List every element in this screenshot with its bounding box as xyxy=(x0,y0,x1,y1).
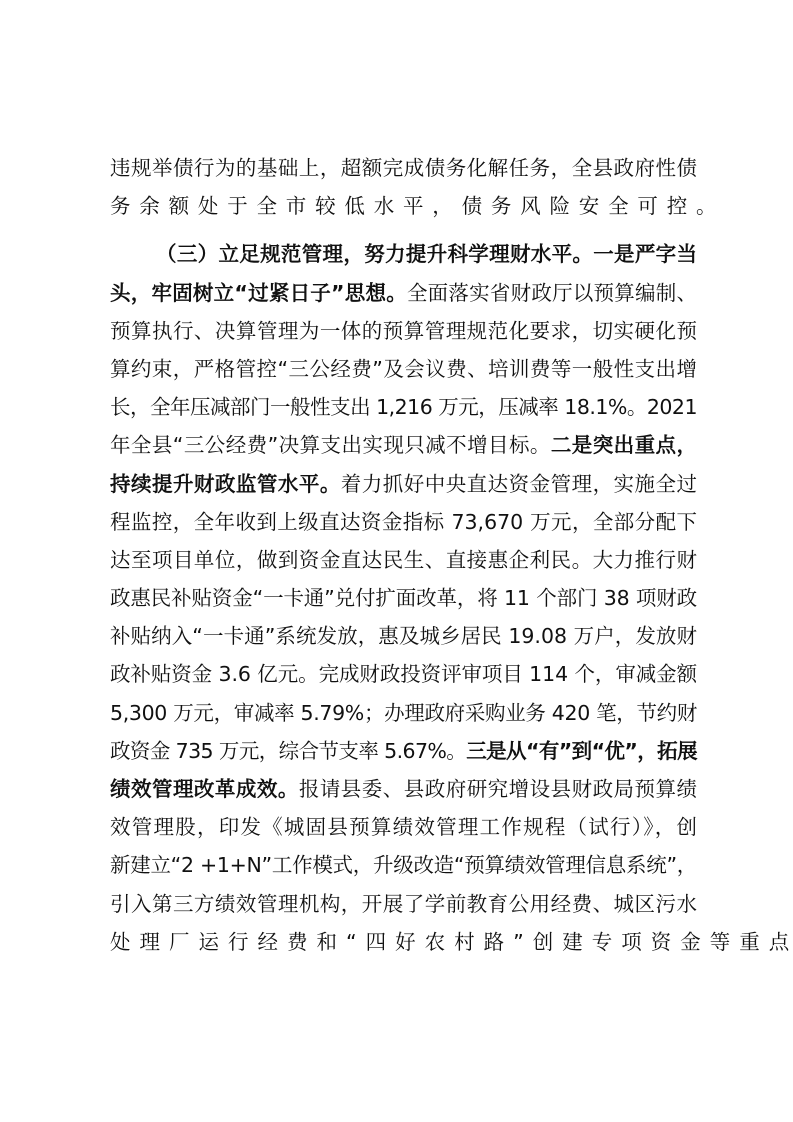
text-line: 绩效管理改革成效。报请县委、县政府研究增设县财政局预算绩 xyxy=(110,770,697,808)
text-line: 务余额处于全市较低水平，债务风险安全可控。 xyxy=(110,187,697,225)
text-segment: 5,300 万元，审减率 5.79%；办理政府采购业务 420 笔，节约财 xyxy=(110,701,697,725)
line-text: 持续提升财政监管水平。着力抓好中央直达资金管理，实施全过 xyxy=(110,472,697,496)
text-segment: 算约束，严格管控“三公经费”及会议费、培训费等一般性支出增 xyxy=(110,357,697,381)
text-segment: 效管理股，印发《城固县预算绩效管理工作规程（试行）》，创 xyxy=(110,815,697,839)
text-segment: 新建立“2 +1+N”工作模式，升级改造“预算绩效管理信息系统”， xyxy=(110,853,697,877)
text-segment: 着力抓好中央直达资金管理，实施全过 xyxy=(341,472,697,496)
text-line: 处理厂运行经费和“四好农村路”创建专项资金等重点绩效评价 xyxy=(110,923,697,961)
line-text: 补贴纳入“一卡通”系统发放，惠及城乡居民 19.08 万户，发放财 xyxy=(110,624,697,648)
text-line: 程监控，全年收到上级直达资金指标 73,670 万元，全部分配下 xyxy=(110,503,697,541)
text-segment: 政惠民补贴资金“一卡通”兑付扩面改革，将 11 个部门 38 项财政 xyxy=(110,586,697,610)
text-segment: 报请县委、县政府研究增设县财政局预算绩 xyxy=(299,777,697,801)
bold-text-segment: 三是从“有”到“优”，拓展 xyxy=(466,739,697,763)
line-text: 长，全年压减部门一般性支出 1,216 万元，压减率 18.1%。2021 xyxy=(110,395,697,419)
text-segment: 务余额处于全市较低水平，债务风险安全可控。 xyxy=(110,194,725,218)
text-segment: 预算执行、决算管理为一体的预算管理规范化要求，切实硬化预 xyxy=(110,319,697,343)
text-line: 5,300 万元，审减率 5.79%；办理政府采购业务 420 笔，节约财 xyxy=(110,694,697,732)
line-text: 务余额处于全市较低水平，债务风险安全可控。 xyxy=(110,194,725,218)
bold-text-segment: （三）立足规范管理，努力提升科学理财水平。一是严字当 xyxy=(156,242,697,266)
line-text: 政补贴资金 3.6 亿元。完成财政投资评审项目 114 个，审减金额 xyxy=(110,662,697,686)
text-segment: 长，全年压减部门一般性支出 1,216 万元，压减率 18.1%。2021 xyxy=(110,395,697,419)
text-line: 政惠民补贴资金“一卡通”兑付扩面改革，将 11 个部门 38 项财政 xyxy=(110,579,697,617)
line-text: 5,300 万元，审减率 5.79%；办理政府采购业务 420 笔，节约财 xyxy=(110,701,697,725)
text-line: 持续提升财政监管水平。着力抓好中央直达资金管理，实施全过 xyxy=(110,465,697,503)
text-line: （三）立足规范管理，努力提升科学理财水平。一是严字当 xyxy=(110,235,697,273)
text-line: 引入第三方绩效管理机构，开展了学前教育公用经费、城区污水 xyxy=(110,885,697,923)
bold-text-segment: 绩效管理改革成效。 xyxy=(110,777,299,801)
line-text: 年全县“三公经费”决算支出实现只减不增目标。二是突出重点， xyxy=(110,433,697,457)
line-text: 算约束，严格管控“三公经费”及会议费、培训费等一般性支出增 xyxy=(110,357,697,381)
bold-text-segment: 头，牢固树立“过紧日子”思想。 xyxy=(110,281,407,305)
document-body: 违规举债行为的基础上，超额完成债务化解任务，全县政府性债务余额处于全市较低水平，… xyxy=(110,149,697,961)
text-line: 算约束，严格管控“三公经费”及会议费、培训费等一般性支出增 xyxy=(110,350,697,388)
line-text: 违规举债行为的基础上，超额完成债务化解任务，全县政府性债 xyxy=(110,156,697,180)
text-line: 长，全年压减部门一般性支出 1,216 万元，压减率 18.1%。2021 xyxy=(110,388,697,426)
line-text: 头，牢固树立“过紧日子”思想。全面落实省财政厅以预算编制、 xyxy=(110,281,697,305)
text-line: 政补贴资金 3.6 亿元。完成财政投资评审项目 114 个，审减金额 xyxy=(110,655,697,693)
text-segment: 达至项目单位，做到资金直达民生、直接惠企利民。大力推行财 xyxy=(110,548,697,572)
line-text: （三）立足规范管理，努力提升科学理财水平。一是严字当 xyxy=(156,242,697,266)
text-segment: 引入第三方绩效管理机构，开展了学前教育公用经费、城区污水 xyxy=(110,892,697,916)
document-page: 违规举债行为的基础上，超额完成债务化解任务，全县政府性债务余额处于全市较低水平，… xyxy=(0,0,793,1122)
text-line: 预算执行、决算管理为一体的预算管理规范化要求，切实硬化预 xyxy=(110,312,697,350)
line-text: 处理厂运行经费和“四好农村路”创建专项资金等重点绩效评价 xyxy=(110,930,793,954)
text-line: 违规举债行为的基础上，超额完成债务化解任务，全县政府性债 xyxy=(110,149,697,187)
bold-text-segment: 二是突出重点， xyxy=(551,433,697,457)
text-line: 头，牢固树立“过紧日子”思想。全面落实省财政厅以预算编制、 xyxy=(110,274,697,312)
line-text: 引入第三方绩效管理机构，开展了学前教育公用经费、城区污水 xyxy=(110,892,697,916)
text-segment: 违规举债行为的基础上，超额完成债务化解任务，全县政府性债 xyxy=(110,156,697,180)
line-text: 绩效管理改革成效。报请县委、县政府研究增设县财政局预算绩 xyxy=(110,777,697,801)
text-line: 效管理股，印发《城固县预算绩效管理工作规程（试行）》，创 xyxy=(110,808,697,846)
line-text: 政资金 735 万元，综合节支率 5.67%。三是从“有”到“优”，拓展 xyxy=(110,739,697,763)
text-line: 新建立“2 +1+N”工作模式，升级改造“预算绩效管理信息系统”， xyxy=(110,846,697,884)
line-text: 预算执行、决算管理为一体的预算管理规范化要求，切实硬化预 xyxy=(110,319,697,343)
text-line: 政资金 735 万元，综合节支率 5.67%。三是从“有”到“优”，拓展 xyxy=(110,732,697,770)
text-segment: 政资金 735 万元，综合节支率 5.67%。 xyxy=(110,739,466,763)
line-text: 政惠民补贴资金“一卡通”兑付扩面改革，将 11 个部门 38 项财政 xyxy=(110,586,697,610)
paragraph: （三）立足规范管理，努力提升科学理财水平。一是严字当头，牢固树立“过紧日子”思想… xyxy=(110,235,697,961)
text-line: 达至项目单位，做到资金直达民生、直接惠企利民。大力推行财 xyxy=(110,541,697,579)
line-text: 程监控，全年收到上级直达资金指标 73,670 万元，全部分配下 xyxy=(110,510,697,534)
line-text: 新建立“2 +1+N”工作模式，升级改造“预算绩效管理信息系统”， xyxy=(110,853,697,877)
bold-text-segment: 持续提升财政监管水平。 xyxy=(110,472,341,496)
text-segment: 年全县“三公经费”决算支出实现只减不增目标。 xyxy=(110,433,551,457)
text-segment: 处理厂运行经费和“四好农村路”创建专项资金等重点绩效评价 xyxy=(110,930,793,954)
text-segment: 程监控，全年收到上级直达资金指标 73,670 万元，全部分配下 xyxy=(110,510,697,534)
line-text: 效管理股，印发《城固县预算绩效管理工作规程（试行）》，创 xyxy=(110,815,697,839)
text-segment: 补贴纳入“一卡通”系统发放，惠及城乡居民 19.08 万户，发放财 xyxy=(110,624,697,648)
text-line: 年全县“三公经费”决算支出实现只减不增目标。二是突出重点， xyxy=(110,426,697,464)
text-line: 补贴纳入“一卡通”系统发放，惠及城乡居民 19.08 万户，发放财 xyxy=(110,617,697,655)
text-segment: 全面落实省财政厅以预算编制、 xyxy=(407,281,697,305)
paragraph: 违规举债行为的基础上，超额完成债务化解任务，全县政府性债务余额处于全市较低水平，… xyxy=(110,149,697,225)
text-segment: 政补贴资金 3.6 亿元。完成财政投资评审项目 114 个，审减金额 xyxy=(110,662,697,686)
line-text: 达至项目单位，做到资金直达民生、直接惠企利民。大力推行财 xyxy=(110,548,697,572)
